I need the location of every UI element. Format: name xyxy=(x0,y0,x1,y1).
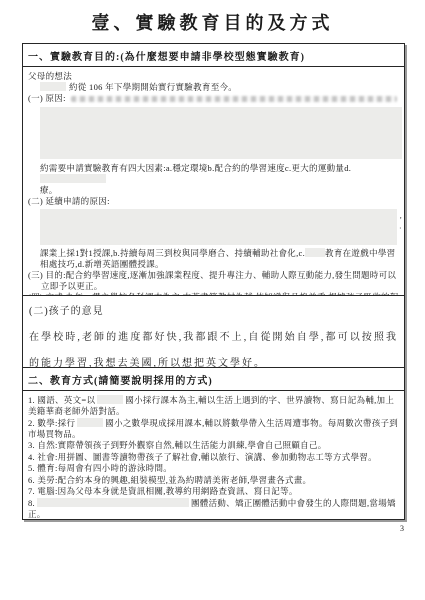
section1-header: 一、實驗教育目的:(為什麼想要申請非學校型態實驗教育) xyxy=(22,43,405,67)
form-table: 一、實驗教育目的:(為什麼想要申請非學校型態實驗教育) 父母的想法 約從 106… xyxy=(22,44,405,533)
page-number: 3 xyxy=(22,520,405,533)
renewal-reason-text: 課業上採1對1授課,b.持續每周三到校與同學磨合、持續輔助社會化,c.教育在遊戲… xyxy=(28,248,399,270)
section2-header: 二、教育方式(請簡要說明採用的方式) xyxy=(22,367,405,391)
list-item: 4. 社會:用拼圖、圖書等讀物帶孩子了解社會,輔以旅行、演講、參加動物志工等方式… xyxy=(28,452,399,463)
child-opinion-text: 在學校時,老師的進度都好快,我都跟不上,自從開始自學,都可以按照我的能力學習,我… xyxy=(29,325,398,368)
parents-thoughts-label: 父母的想法 xyxy=(28,71,399,82)
child-opinion-label: (二)孩子的意見 xyxy=(29,302,398,317)
redacted-paragraph-block xyxy=(40,107,402,159)
redacted-name xyxy=(40,82,66,91)
redaction-edge-fragment: · xyxy=(399,225,402,233)
redacted-paragraph-block: , · xyxy=(40,209,397,245)
redacted-text xyxy=(40,174,106,183)
blurred-text-region xyxy=(71,96,397,102)
list-item: 6. 美勞:配合約本身的興趣,組裝模型,並為約聘請美術老師,學習畫各式畫。 xyxy=(28,475,399,486)
renewal-reason-label: (二) 延續申請的原因: xyxy=(28,196,399,207)
redacted-text xyxy=(37,498,189,507)
factors-line: 約需要申請實驗教育有四大因素:a.穩定環境b.配合約的學習速度c.更大的運動量d… xyxy=(28,163,399,185)
section1-child-view: (二)孩子的意見 在學校時,老師的進度都好快,我都跟不上,自從開始自學,都可以按… xyxy=(22,295,405,368)
list-item: 2. 數學:採行國小之數學現成採用課本,輔以將數學帶入生活周遭事物。每周數次帶孩… xyxy=(28,418,399,440)
document-title: 壹、實驗教育目的及方式 xyxy=(0,0,425,35)
section2-body: 1. 國語、英文=以國小採行課本為主,輔以生活上遇到的字、世界讀物、寫日記為輔,… xyxy=(22,390,405,520)
reason-label: (一) 原因: xyxy=(28,93,66,104)
list-item: 7. 電腦:因為父母本身就是資訊相關,教導約用網路查資訊、寫日記等。 xyxy=(28,486,399,497)
list-item: 5. 體育:每周會有四小時的游泳時間。 xyxy=(28,463,399,474)
section1-parent-view: 父母的想法 約從 106 年下學期開始實行實驗教育至今。 (一) 原因: 約需要… xyxy=(22,66,405,296)
redaction-edge-fragment: , xyxy=(400,212,402,220)
redacted-school-name xyxy=(77,418,103,427)
redacted-name xyxy=(305,248,325,257)
reason-line: (一) 原因: xyxy=(28,93,399,104)
redacted-school-name xyxy=(97,395,123,404)
factors-line-2: 療。 xyxy=(28,185,399,196)
list-item: 1. 國語、英文=以國小採行課本為主,輔以生活上遇到的字、世界讀物、寫日記為輔,… xyxy=(28,395,399,417)
intro-line: 約從 106 年下學期開始實行實驗教育至今。 xyxy=(28,82,399,93)
list-item: 8.團體活動、矯正團體活動中會發生的人際問題,當場矯正。 xyxy=(28,498,399,520)
list-item: 3. 自然:實際帶領孩子到野外觀察自然,輔以生活能力訓練,學會自己照顧自己。 xyxy=(28,440,399,451)
purpose-text: (三) 目的:配合約學習速度,逐漸加強課業程度、提升專注力、輔助人際互動能力,發… xyxy=(28,270,399,292)
